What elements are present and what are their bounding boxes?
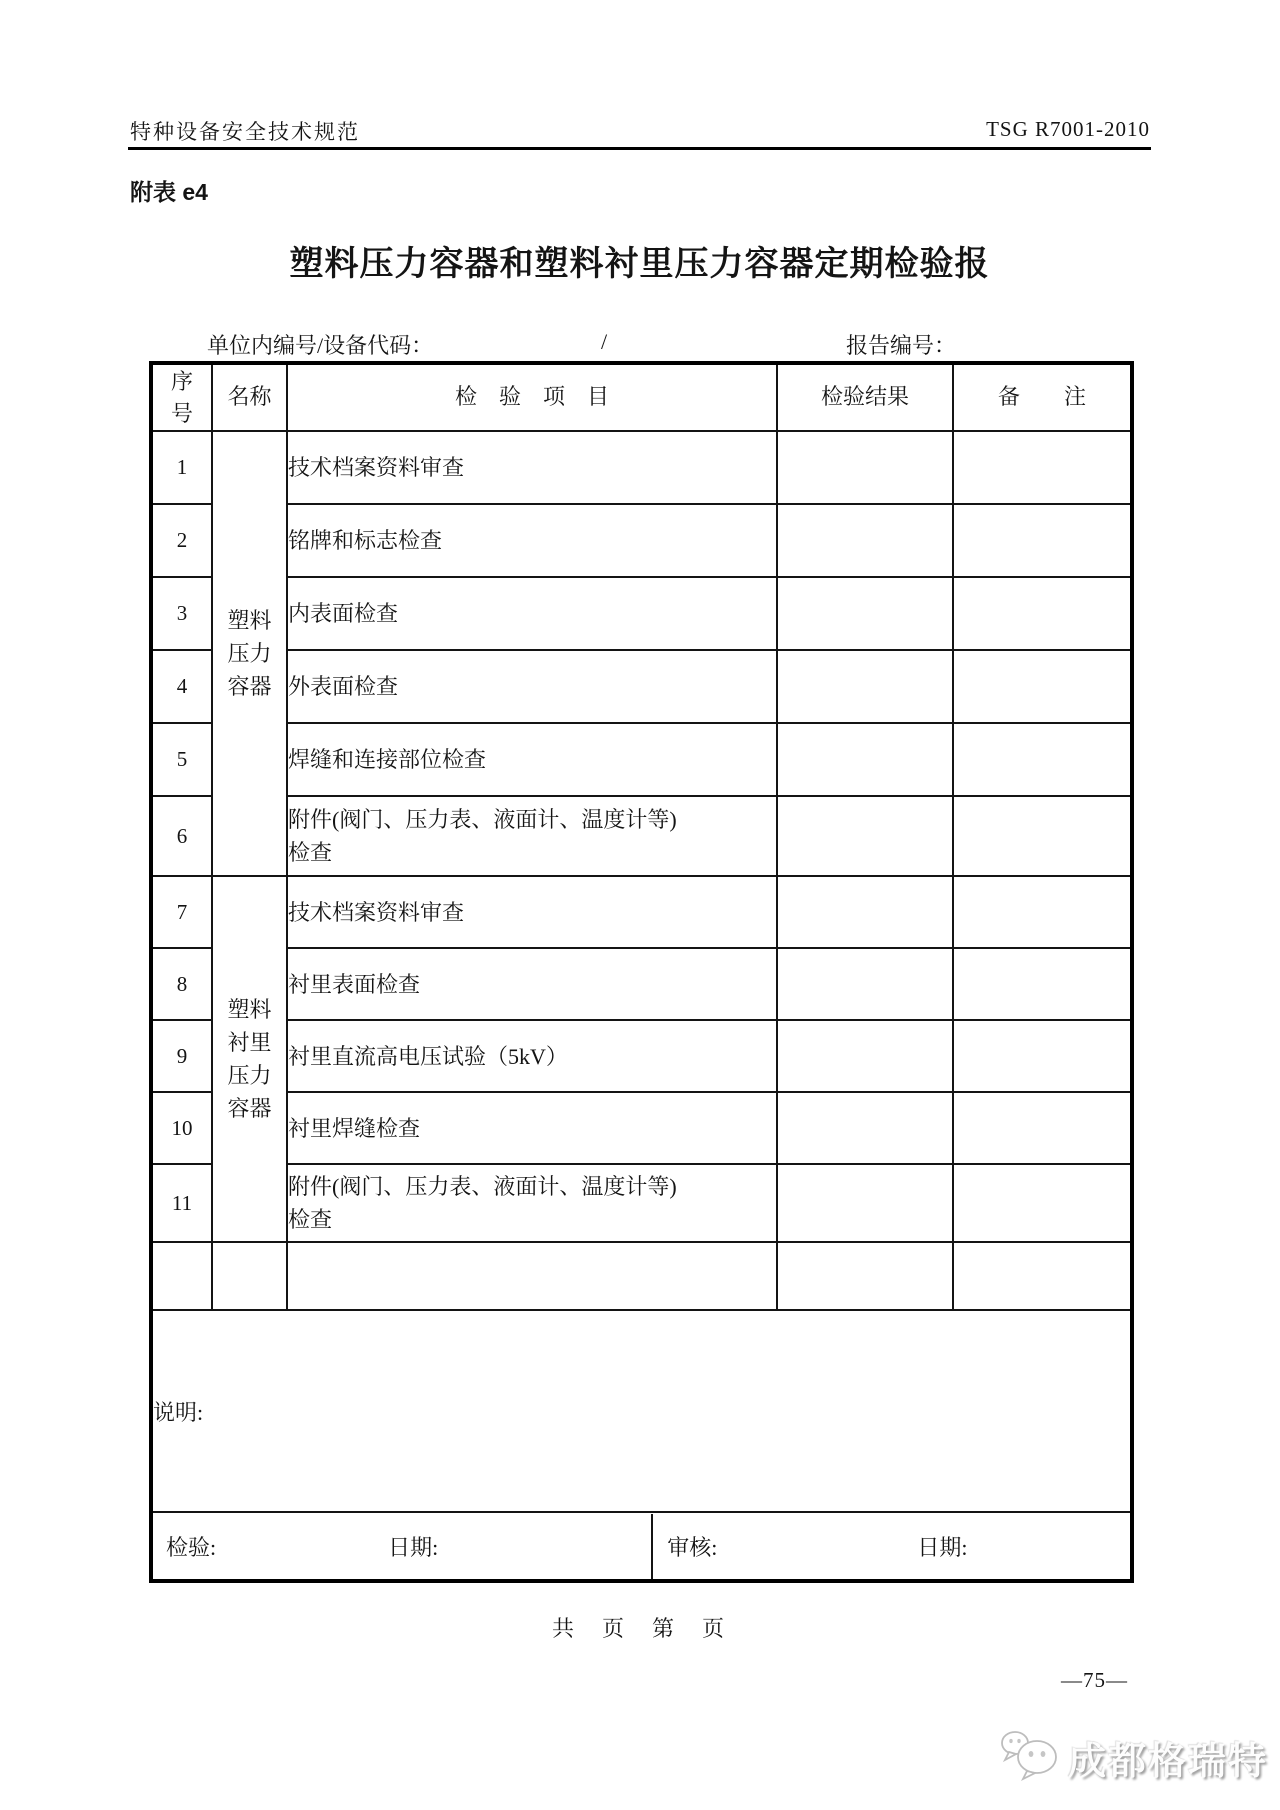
reviewer-label: 审核: [667,1531,717,1562]
appendix-label: 附表 e4 [130,174,208,207]
group-name-plastic-lined-vessel: 塑料衬里压力容器 [212,876,287,1242]
inspection-table: 序号 名称 检 验 项 目 检验结果 备 注 1 塑料压力容器 技术档案资料审查… [149,361,1134,1583]
result-cell [777,577,953,650]
table-header-row: 序号 名称 检 验 项 目 检验结果 备 注 [151,363,1132,431]
signature-row: 检验: 日期: 审核: 日期: [151,1512,1132,1581]
row-number: 5 [151,723,212,796]
notes-label: 说明: [153,1400,203,1425]
remark-cell [953,948,1132,1020]
table-row: 8 衬里表面检查 [151,948,1132,1020]
col-header-seq: 序号 [151,363,212,431]
page-number: —75— [1061,1668,1128,1693]
inspector-date-label: 日期: [388,1531,438,1562]
row-number: 4 [151,650,212,723]
unit-code-slash: / [601,329,607,355]
table-row-empty [151,1242,1132,1310]
page-title: 塑料压力容器和塑料衬里压力容器定期检验报 [151,236,1128,285]
row-number: 6 [151,796,212,876]
col-header-items: 检 验 项 目 [287,363,777,431]
remark-cell [953,577,1132,650]
inspection-item: 焊缝和连接部位检查 [287,723,777,796]
remark-cell [953,504,1132,577]
row-number: 7 [151,876,212,948]
remark-cell [953,1242,1132,1310]
inspection-item [287,1242,777,1310]
table-row: 4 外表面检查 [151,650,1132,723]
table-row: 10 衬里焊缝检查 [151,1092,1132,1164]
table-row: 9 衬里直流高电压试验（5kV） [151,1020,1132,1092]
table-row: 5 焊缝和连接部位检查 [151,723,1132,796]
col-header-name: 名称 [212,363,287,431]
group-name-plastic-vessel: 塑料压力容器 [212,431,287,876]
brand-watermark: 成都格瑞特 [1000,1728,1268,1787]
inspection-item: 铭牌和标志检查 [287,504,777,577]
table-row: 3 内表面检查 [151,577,1132,650]
table-row: 2 铭牌和标志检查 [151,504,1132,577]
table-row: 7 塑料衬里压力容器 技术档案资料审查 [151,876,1132,948]
result-cell [777,650,953,723]
inspection-item: 衬里焊缝检查 [287,1092,777,1164]
row-number: 11 [151,1164,212,1242]
spec-name-header: 特种设备安全技术规范 [130,116,360,146]
inspection-item: 外表面检查 [287,650,777,723]
result-cell [777,504,953,577]
result-cell [777,1020,953,1092]
signature-cell: 检验: 日期: 审核: 日期: [151,1512,1132,1581]
remark-cell [953,1164,1132,1242]
row-number: 9 [151,1020,212,1092]
result-cell [777,431,953,504]
reviewer-date-label: 日期: [917,1531,967,1562]
inspection-item: 附件(阀门、压力表、液面计、温度计等) 检查 [287,1164,777,1242]
spec-code-header: TSG R7001-2010 [986,117,1150,142]
result-cell [777,796,953,876]
inspector-label: 检验: [166,1531,216,1562]
result-cell [777,876,953,948]
info-line: 单位内编号/设备代码： / 报告编号： [151,329,1128,359]
result-cell [777,1092,953,1164]
signature-wrap: 检验: 日期: 审核: 日期: [153,1514,1130,1579]
inspection-item: 衬里表面检查 [287,948,777,1020]
notes-cell: 说明: [151,1310,1132,1512]
group-name-empty [212,1242,287,1310]
result-cell [777,1242,953,1310]
row-number [151,1242,212,1310]
wechat-bubbles-logo-icon [1000,1728,1060,1787]
inspection-item: 技术档案资料审查 [287,876,777,948]
inspector-section: 检验: 日期: [153,1514,653,1579]
remark-cell [953,431,1132,504]
row-number: 8 [151,948,212,1020]
row-number: 1 [151,431,212,504]
watermark-text: 成都格瑞特 [1068,1730,1268,1785]
remark-cell [953,876,1132,948]
pagination-line: 共 页 第 页 [151,1612,1128,1643]
col-header-remark: 备 注 [953,363,1132,431]
inspection-item: 衬里直流高电压试验（5kV） [287,1020,777,1092]
result-cell [777,723,953,796]
row-number: 10 [151,1092,212,1164]
remark-cell [953,796,1132,876]
remark-cell [953,723,1132,796]
table-row: 1 塑料压力容器 技术档案资料审查 [151,431,1132,504]
notes-row: 说明: [151,1310,1132,1512]
row-number: 2 [151,504,212,577]
inspection-item: 内表面检查 [287,577,777,650]
table-row: 6 附件(阀门、压力表、液面计、温度计等) 检查 [151,796,1132,876]
result-cell [777,1164,953,1242]
col-header-result: 检验结果 [777,363,953,431]
remark-cell [953,1092,1132,1164]
inspection-item: 技术档案资料审查 [287,431,777,504]
table-row: 11 附件(阀门、压力表、液面计、温度计等) 检查 [151,1164,1132,1242]
header-rule [128,147,1151,150]
inspection-item: 附件(阀门、压力表、液面计、温度计等) 检查 [287,796,777,876]
remark-cell [953,1020,1132,1092]
report-number-label: 报告编号： [846,329,956,360]
unit-code-label: 单位内编号/设备代码： [207,329,433,360]
row-number: 3 [151,577,212,650]
remark-cell [953,650,1132,723]
result-cell [777,948,953,1020]
reviewer-section: 审核: 日期: [653,1514,1130,1579]
document-page: 特种设备安全技术规范 TSG R7001-2010 附表 e4 塑料压力容器和塑… [0,0,1280,1810]
